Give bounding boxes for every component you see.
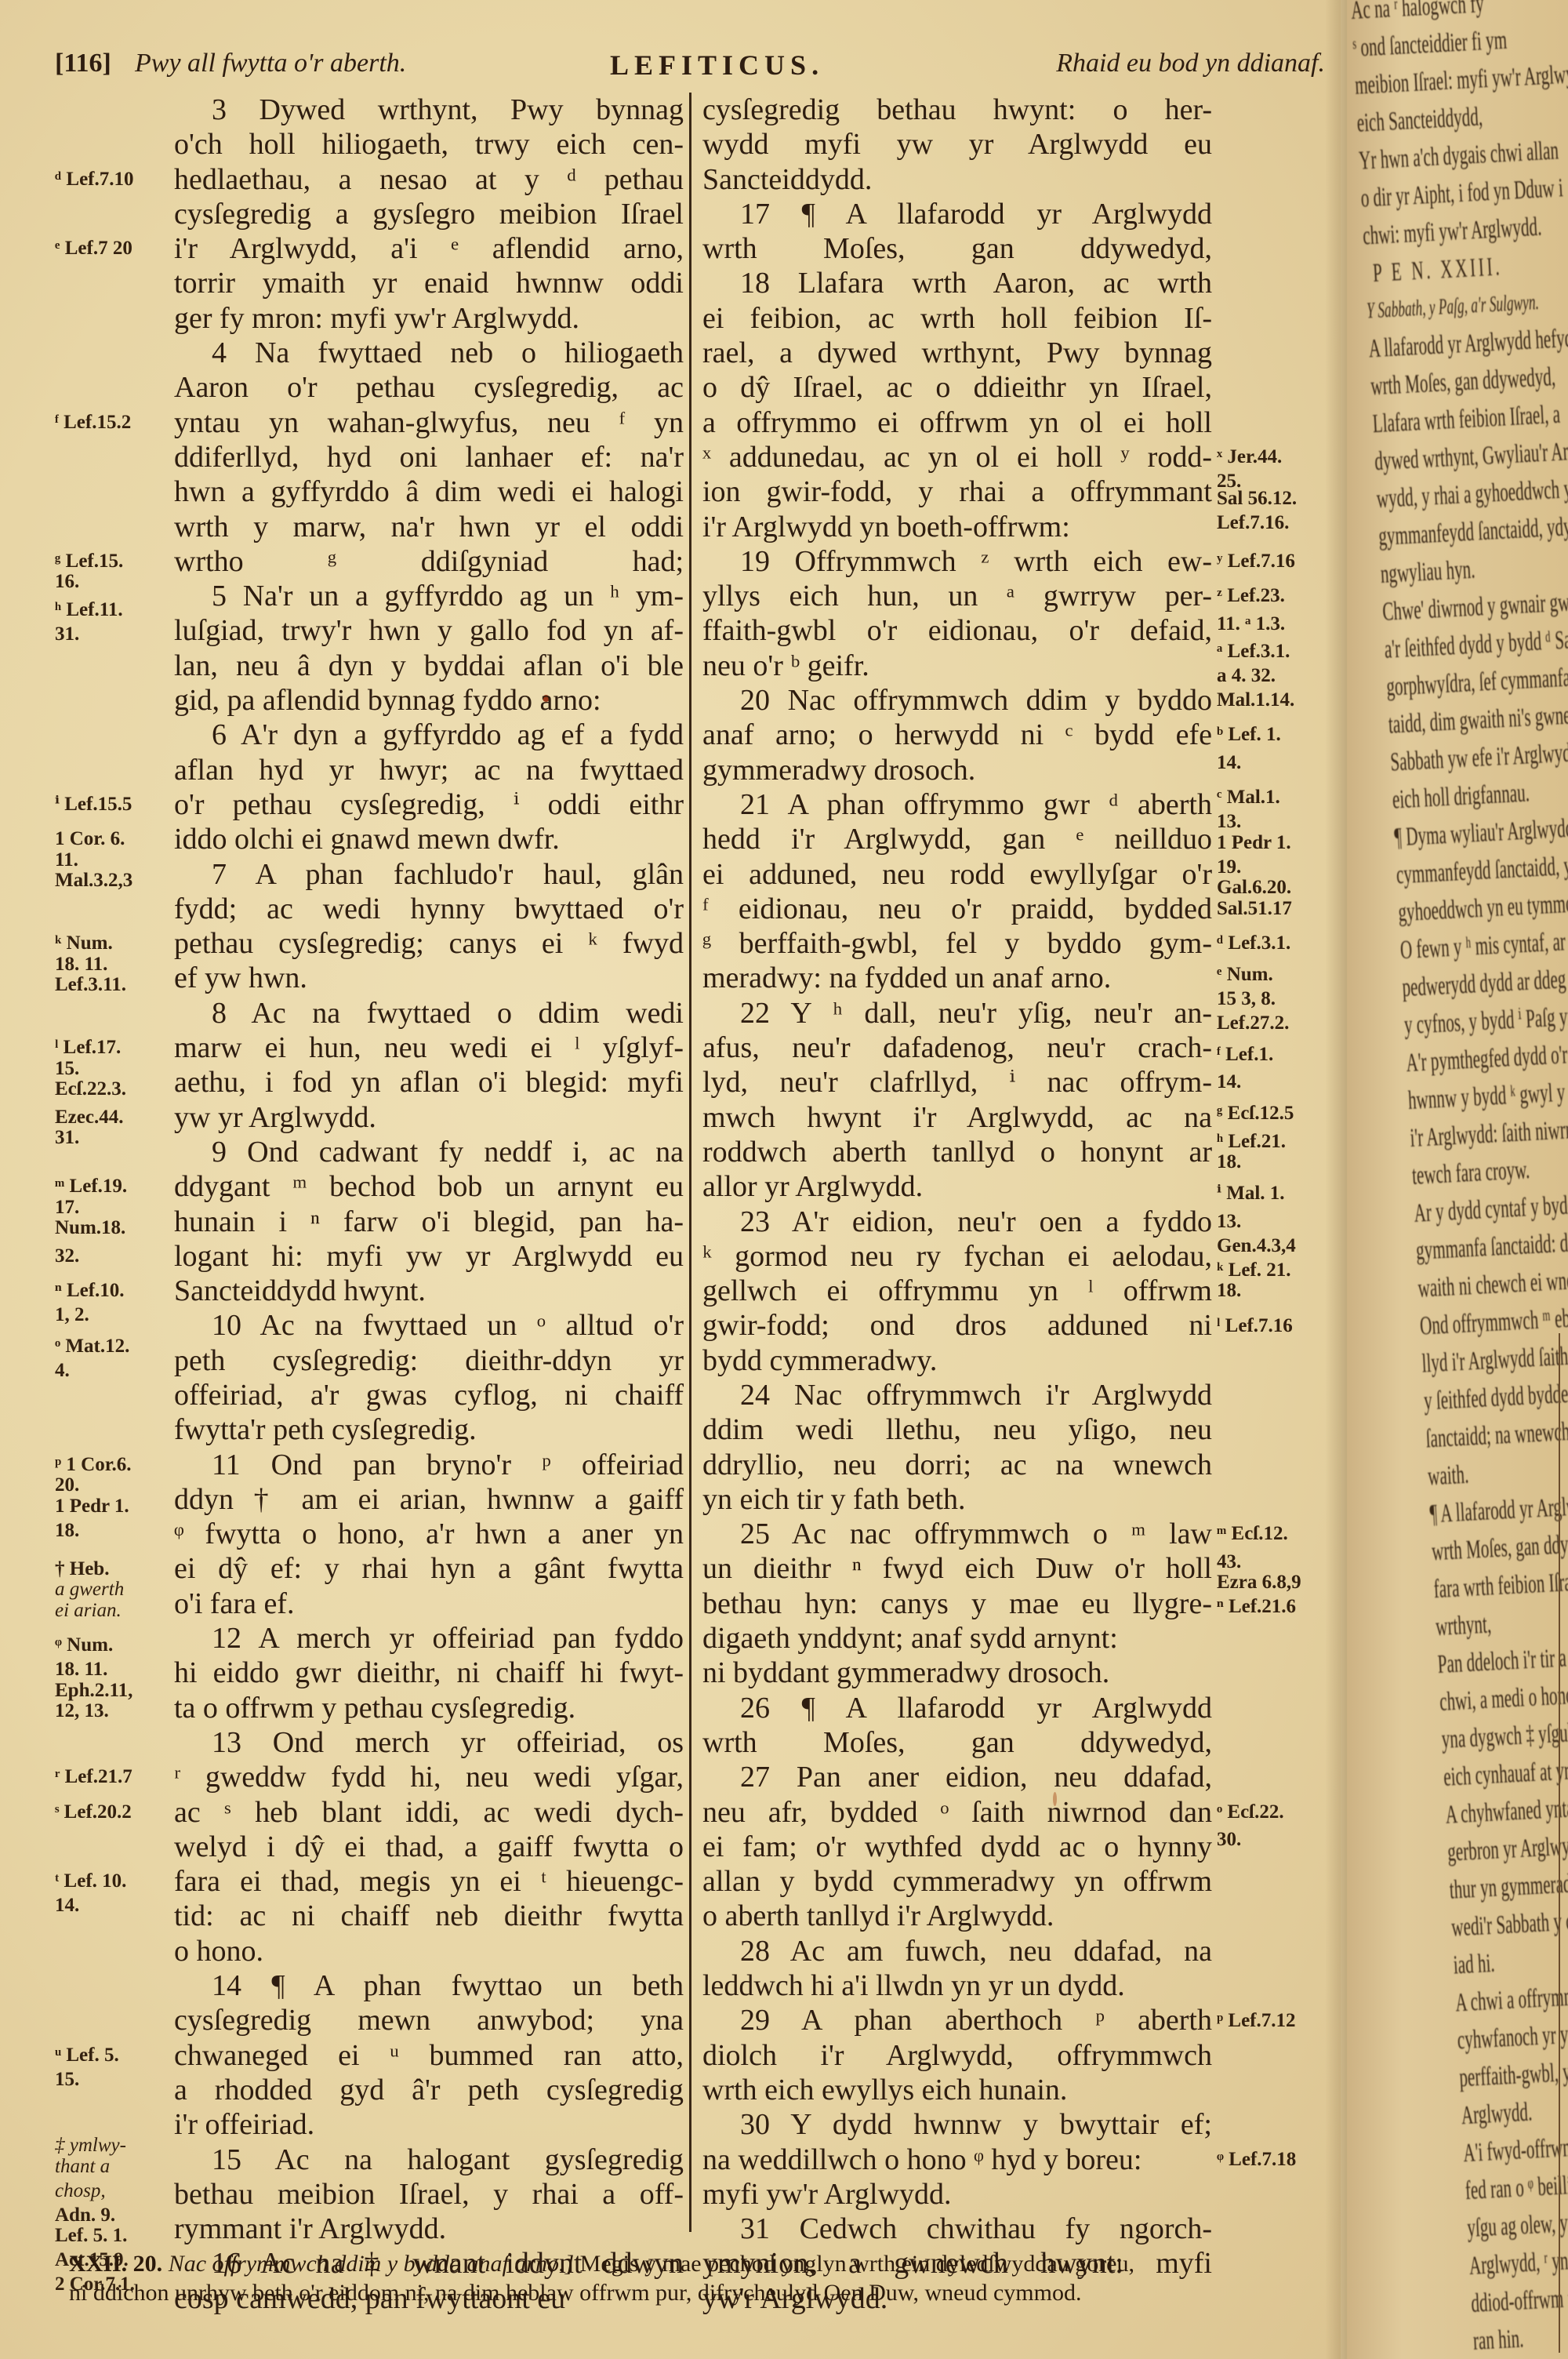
footnote-line-1: XXII. 20. Nac offrymmwch ddim y byddo an… <box>69 2249 1323 2278</box>
text-line: afus, neu'r dafadenog, neu'r crach- <box>702 1030 1212 1065</box>
text-line: aethu, i fod yn aflan o'i blegid: myfi <box>174 1065 684 1100</box>
text-line: 29 A phan aberthoch ᵖ aberth <box>702 2003 1212 2037</box>
facing-text-line: ran hin. <box>1472 2315 1568 2359</box>
text-line: ei dŷ ef: y rhai hyn a gânt fwytta <box>174 1551 684 1586</box>
text-line: 3 Dywed wrthynt, Pwy bynnag <box>174 93 684 127</box>
facing-text-line: thur yn gymmeradwy: trannoeth <box>1449 1864 1568 1910</box>
text-line: wrth y marw, na'r hwn yr el oddi <box>174 510 684 544</box>
margin-reference: ʳ Lef.21.7 <box>55 1760 132 1794</box>
text-line: Sancteiddydd hwynt. <box>174 1274 684 1308</box>
text-line: 30 Y dydd hwnnw y bwyttair ef; <box>702 2107 1212 2142</box>
text-line: 25 Ac nac offrymmwch o ᵐ law <box>702 1517 1212 1551</box>
text-line: ion gwir-fodd, y rhai a offrymmant <box>702 474 1212 509</box>
text-line: neu o'r ᵇ geifr. <box>702 649 1212 683</box>
text-line: hunain i ⁿ farw o'i blegid, pan ha- <box>174 1205 684 1239</box>
text-line: o'r pethau cysſegredig, ⁱ oddi eithr <box>174 787 684 822</box>
facing-text-line: fara wrth feibion Iſrael, a dywed <box>1433 1564 1568 1609</box>
margin-reference: Lef.27.2. <box>1217 1006 1289 1041</box>
text-line: allan y bydd cymmeradwy yn offrwm <box>702 1864 1212 1899</box>
footnote-line-2: ni ddichon unrhyw beth o'r eiddom ni, na… <box>69 2278 1323 2307</box>
text-line: wrth Moſes, gan ddywedyd, <box>702 231 1212 266</box>
text-line: ddygant ᵐ bechod bob un arnynt eu <box>174 1169 684 1204</box>
left-caption: Pwy all fwytta o'r aberth. <box>135 49 406 78</box>
text-line: 20 Nac offrymmwch ddim y byddo <box>702 683 1212 718</box>
text-line: 18 Llafara wrth Aaron, ac wrth <box>702 266 1212 300</box>
text-line: welyd i dŷ ei thad, a gaiff fwytta o <box>174 1830 684 1864</box>
text-line: ei adduned, neu rodd ewyllyſgar o'r <box>702 857 1212 892</box>
facing-text-line: cyhwfanoch yr yſgub ᵖ oen blwydd, <box>1457 2015 1568 2060</box>
text-line: mwch hwynt i'r Arglwydd, ac na <box>702 1100 1212 1135</box>
footnote-quote: Nac offrymmwch ddim y byddo anaf arno.] <box>169 2251 574 2277</box>
text-line: 21 A phan offrymmo gwr ᵈ aberth <box>702 787 1212 822</box>
text-line: myfi yw'r Arglwydd. <box>702 2177 1212 2212</box>
page-number: [116] <box>55 49 111 78</box>
text-line: rael, a dywed wrthynt, Pwy bynnag <box>702 336 1212 370</box>
text-line: 5 Na'r un a gyffyrddo ag un ʰ ym- <box>174 579 684 613</box>
facing-text-line: gymmanfeydd ſanctaidd, ydyw fy <box>1377 511 1525 556</box>
text-line: iddo olchi ei gnawd mewn dwfr. <box>174 822 684 856</box>
facing-text-line: wrthynt, <box>1435 1601 1568 1646</box>
text-line: luſgiad, trwy'r hwn y gallo fod yn af- <box>174 613 684 648</box>
facing-text-line: yſgu ag olew, yn aberth tanllyd i'r <box>1466 2202 1568 2248</box>
text-line: 15 Ac na halogant gysſegredig <box>174 2143 684 2177</box>
margin-reference: 14. <box>1217 746 1241 780</box>
text-line: aflan hyd yr hwyr; ac na fwyttaed <box>174 753 684 787</box>
facing-page-text: Ac na ʳ halogwch fyˢ ond ſancteiddier fi… <box>1350 0 1568 2359</box>
margin-reference: 12, 13. <box>55 1694 109 1728</box>
text-line: o dŷ Iſrael, ac o ddieithr yn Iſrael, <box>702 370 1212 405</box>
text-line: 31 Cedwch chwithau fy ngorch- <box>702 2212 1212 2246</box>
text-line: ger fy mron: myfi yw'r Arglwydd. <box>174 301 684 336</box>
text-line: anaf arno; o herwydd ni ᶜ bydd efe <box>702 718 1212 752</box>
text-line: yn eich tir y fath beth. <box>702 1482 1212 1517</box>
margin-reference: ˢ Lef.20.2 <box>55 1795 132 1830</box>
facing-text-line: Pan ddeloch i'r tir a roddaf i <box>1437 1638 1568 1684</box>
margin-reference: 31. <box>55 1121 79 1155</box>
margin-reference: Lef.3.11. <box>55 968 126 1002</box>
column-divider <box>689 93 691 2232</box>
text-line: 7 A phan fachludo'r haul, glân <box>174 857 684 892</box>
margin-reference: ᵈ Lef.3.1. <box>1217 926 1290 961</box>
text-line: pethau cysſegredig; canys ei ᵏ fwyd <box>174 926 684 961</box>
margin-reference: 14. <box>55 1888 79 1923</box>
text-line: a rhodded gyd â'r peth cysſegredig <box>174 2073 684 2107</box>
facing-text-line: Arglwydd, ʳ yn arogl peraidd: a'i <box>1468 2240 1568 2285</box>
margin-reference: 4. <box>55 1354 70 1388</box>
text-line: yntau yn wahan-glwyfus, neu ᶠ yn <box>174 405 684 440</box>
text-line: yllys eich hun, un ᵃ gwrryw per- <box>702 579 1212 613</box>
right-text-column: cysſegredig bethau hwynt: o her-wydd myf… <box>702 93 1212 2316</box>
footnote: XXII. 20. Nac offrymmwch ddim y byddo an… <box>69 2249 1323 2307</box>
facing-text-line: gerbron yr Arglwydd, i'ch gwneu- <box>1446 1826 1568 1872</box>
facing-text-line: A chyhwfaned yntau yr yſgub <box>1445 1789 1568 1834</box>
text-line: fara ei thad, megis yn ei ᵗ hieuengc- <box>174 1864 684 1899</box>
text-line: logant hi: myfi yw yr Arglwydd eu <box>174 1239 684 1274</box>
text-line: gymmeradwy drosoch. <box>702 753 1212 787</box>
text-line: 17 ¶ A llafarodd yr Arglwydd <box>702 197 1212 231</box>
text-line: o hono. <box>174 1934 684 1968</box>
text-line: chwaneged ei ᵘ bummed ran atto, <box>174 2038 684 2073</box>
text-line: 22 Y ʰ dall, neu'r yſig, neu'r an- <box>702 996 1212 1030</box>
text-line: bethau meibion Iſrael, y rhai a off- <box>174 2177 684 2212</box>
text-line: 10 Ac na fwyttaed un ᵒ alltud o'r <box>174 1308 684 1343</box>
text-line: 4 Na fwyttaed neb o hiliogaeth <box>174 336 684 370</box>
text-line: diolch i'r Arglwydd, offrymmwch <box>702 2038 1212 2073</box>
text-line: ddryllio, neu dorri; ac na wnewch <box>702 1448 1212 1482</box>
margin-reference: ʸ Lef.7.16 <box>1217 544 1295 579</box>
margin-reference: 30. <box>1217 1823 1241 1857</box>
text-line: gellwch ei offrymmu yn ˡ offrwm <box>702 1274 1212 1308</box>
text-line: ef yw hwn. <box>174 961 684 995</box>
text-line: ᶠ eidionau, neu o'r praidd, bydded <box>702 892 1212 926</box>
text-line: bydd cymmeradwy. <box>702 1343 1212 1378</box>
text-line: cysſegredig a gysſegro meibion Iſrael <box>174 197 684 231</box>
running-head: [116] Pwy all fwytta o'r aberth. LEFITIC… <box>55 49 1325 88</box>
text-line: 8 Ac na fwyttaed o ddim wedi <box>174 996 684 1030</box>
text-line: 28 Ac am fuwch, neu ddafad, na <box>702 1934 1212 1968</box>
facing-text-line: iad hi. <box>1453 1939 1568 1985</box>
text-line: lyd, neu'r clafrllyd, ⁱ nac offrym- <box>702 1065 1212 1100</box>
text-line: ddyn † am ei arian, hwnnw a gaiff <box>174 1482 684 1517</box>
margin-reference: ei arian. <box>55 1594 122 1628</box>
text-line: fydd; ac wedi hynny bwyttaed o'r <box>174 892 684 926</box>
text-line: ddim wedi llethu, neu yſigo, neu <box>702 1412 1212 1447</box>
facing-text-line: fed ran o ᵠ beilliaid wedi ei gym- <box>1465 2165 1568 2210</box>
text-line: wrth Moſes, gan ddywedyd, <box>702 1725 1212 1760</box>
text-line: 26 ¶ A llafarodd yr Arglwydd <box>702 1691 1212 1725</box>
margin-reference: 18. <box>1217 1145 1241 1179</box>
text-line: lan, neu â dyn y byddai aflan o'i ble <box>174 649 684 683</box>
margin-reference: 15. <box>55 2063 79 2097</box>
margin-reference: 1, 2. <box>55 1298 89 1332</box>
text-line: 11 Ond pan bryno'r ᵖ offeiriad <box>174 1448 684 1482</box>
text-line: wrtho ᵍ ddiſgyniad had; <box>174 544 684 579</box>
facing-text-line: ddiod-offrwm fydd o win, pedwaredd <box>1470 2277 1568 2323</box>
footnote-reference: XXII. 20. <box>69 2251 162 2277</box>
margin-reference: ᵠ Lef.7.18 <box>1217 2143 1296 2177</box>
margin-reference: ⁿ Lef.21.6 <box>1217 1590 1296 1624</box>
text-line: 14 ¶ A phan fwyttao un beth <box>174 1968 684 2003</box>
text-line: cysſegredig bethau hwynt: o her- <box>702 93 1212 127</box>
text-line: o aberth tanllyd i'r Arglwydd. <box>702 1899 1212 1933</box>
text-line: rymmant i'r Arglwydd. <box>174 2212 684 2246</box>
text-line: hi eiddo gwr dieithr, ni chaiff hi fwyt- <box>174 1656 684 1690</box>
text-line: torrir ymaith yr enaid hwnnw oddi <box>174 266 684 300</box>
margin-reference: Sal.51.17 <box>1217 892 1292 926</box>
text-line: i'r offeiriad. <box>174 2107 684 2142</box>
text-line: wydd myfi yw yr Arglwydd eu <box>702 127 1212 162</box>
margin-reference: Mal.3.2,3 <box>55 863 132 898</box>
margin-reference: 31. <box>55 617 79 652</box>
text-line: ʳ gweddw fydd hi, neu wedi yſgar, <box>174 1760 684 1794</box>
facing-text-line: Arglwydd. <box>1461 2090 1568 2135</box>
facing-text-line: ſanctaidd; na wnewch ddim caeth- <box>1425 1413 1568 1459</box>
margin-reference: ᶠ Lef.15.2 <box>55 405 131 440</box>
facing-text-line: A chwi a offrymmwch ar y dydd y <box>1454 1977 1568 2023</box>
margin-reference: ᵈ Lef.7.10 <box>55 162 134 197</box>
margin-reference: 32. <box>55 1239 79 1274</box>
text-line: offeiriad, a'r gwas cyflog, ni chaiff <box>174 1378 684 1412</box>
text-line: a offrymmo ei offrwm yn ol ei holl <box>702 405 1212 440</box>
margin-reference: 18. <box>55 1514 79 1548</box>
text-line: digaeth ynddynt; anaf sydd arnynt: <box>702 1621 1212 1656</box>
margin-reference: ᵖ Lef.7.12 <box>1217 2004 1296 2038</box>
text-line: ˣ addunedau, ac yn ol ei holl ʸ rodd- <box>702 440 1212 474</box>
facing-text-line: yna dygwch ‡ yſgub ᵒ blaen-ffrwyth <box>1441 1714 1568 1759</box>
text-line: hwn a gyffyrddo â dim wedi ei halogi <box>174 474 684 509</box>
text-line: bethau hyn: canys y mae eu llygre- <box>702 1587 1212 1621</box>
text-line: 9 Ond cadwant fy neddf i, ac na <box>174 1135 684 1169</box>
text-line: i'r Arglwydd yn boeth-offrwm: <box>702 510 1212 544</box>
margin-reference: Lef.7.16. <box>1217 506 1289 540</box>
text-line: ac ˢ heb blant iddi, ac wedi dych- <box>174 1795 684 1830</box>
text-line: Aaron o'r pethau cysſegredig, ac <box>174 370 684 405</box>
left-text-column: 3 Dywed wrthynt, Pwy bynnago'ch holl hil… <box>174 93 684 2316</box>
text-line: un dieithr ⁿ fwyd eich Duw o'r holl <box>702 1551 1212 1586</box>
text-line: gid, pa aflendid bynnag fyddo arno: <box>174 683 684 718</box>
book-title: LEFITICUS. <box>610 49 824 82</box>
text-line: neu afr, bydded ᵒ ſaith niwrnod dan <box>702 1795 1212 1830</box>
facing-text-line: i'r Arglwydd: ſaith niwrnod y bwyt- <box>1409 1112 1556 1158</box>
text-line: tid: ac ni chaiff neb dieithr fwytta <box>174 1899 684 1933</box>
margin-reference: ᵉ Lef.7 20 <box>55 231 132 266</box>
text-line: ei fam; o'r wythfed dydd ac o hynny <box>702 1830 1212 1864</box>
text-line: 6 A'r dyn a gyffyrddo ag ef a fydd <box>174 718 684 752</box>
right-caption: Rhaid eu bod yn ddianaf. <box>1056 49 1325 78</box>
text-line: gwir-fodd; ond dros adduned ni <box>702 1308 1212 1343</box>
text-line: leddwch hi a'i llwdn yn yr un dydd. <box>702 1968 1212 2003</box>
text-line: wrth eich ewyllys eich hunain. <box>702 2073 1212 2107</box>
facing-text-line: perffaith-gwbl, yn boeth-offrwm i'r <box>1458 2052 1568 2098</box>
text-line: i'r Arglwydd, a'i ᵉ aflendid arno, <box>174 231 684 266</box>
margin-reference: ˡ Lef.7.16 <box>1217 1309 1293 1343</box>
facing-text-line: A'i fwyd-offrwm o ddwy ddeg- <box>1462 2128 1568 2173</box>
margin-reference: Mal.1.14. <box>1217 683 1294 718</box>
text-line: 27 Pan aner eidion, neu ddafad, <box>702 1760 1212 1794</box>
text-line: ddiferllyd, hyd oni lanhaer ef: na'r <box>174 440 684 474</box>
text-line: roddwch aberth tanllyd o honynt ar <box>702 1135 1212 1169</box>
text-line: o'i fara ef. <box>174 1587 684 1621</box>
text-line: 12 A merch yr offeiriad pan fyddo <box>174 1621 684 1656</box>
text-line: 23 A'r eidion, neu'r oen a fyddo <box>702 1205 1212 1239</box>
text-line: yw yr Arglwydd. <box>174 1100 684 1135</box>
text-line: ᵠ fwytta o hono, a'r hwn a aner yn <box>174 1517 684 1551</box>
text-line: 19 Offrymmwch ᶻ wrth eich ew- <box>702 544 1212 579</box>
book-page: [116] Pwy all fwytta o'r aberth. LEFITIC… <box>0 0 1341 2359</box>
text-line: hedlaethau, a nesao at y ᵈ pethau <box>174 162 684 197</box>
text-line: marw ei hun, neu wedi ei ˡ yſglyf- <box>174 1030 684 1065</box>
text-line: o'ch holl hiliogaeth, trwy eich cen- <box>174 127 684 162</box>
text-line: na weddillwch o hono ᵠ hyd y boreu: <box>702 2143 1212 2177</box>
text-line: ni byddant gymmeradwy drosoch. <box>702 1656 1212 1690</box>
text-line: allor yr Arglwydd. <box>702 1169 1212 1204</box>
text-line: ffaith-gwbl o'r eidionau, o'r defaid, <box>702 613 1212 648</box>
facing-text-line: chwi, a medi o honoch ei gynhauaf, <box>1439 1676 1568 1721</box>
facing-text-line: eich cynhauaf at yr offeiriad. <box>1443 1751 1568 1797</box>
text-line: meradwy: na fydded un anaf arno. <box>702 961 1212 995</box>
margin-reference: 18. <box>1217 1274 1241 1308</box>
text-line: Sancteiddydd. <box>702 162 1212 197</box>
text-line: peth cysſegredig: dieithr-ddyn yr <box>174 1343 684 1378</box>
text-line: ei feibion, ac wrth holl feibion Iſ- <box>702 301 1212 336</box>
margin-reference: ⁱ Lef.15.5 <box>55 787 132 822</box>
text-line: 13 Ond merch yr offeiriad, os <box>174 1725 684 1760</box>
footnote-text: Megis y mae pechod ynglyn wrth ein dyled… <box>580 2251 1134 2277</box>
text-line: 24 Nac offrymmwch i'r Arglwydd <box>702 1378 1212 1412</box>
facing-page: Ac na ʳ halogwch fyˢ ond ſancteiddier fi… <box>1347 0 1568 2359</box>
text-line: ta o offrwm y pethau cysſegredig. <box>174 1691 684 1725</box>
text-line: hedd i'r Arglwydd, gan ᵉ neillduo <box>702 822 1212 856</box>
text-line: fwytta'r peth cysſegredig. <box>174 1412 684 1447</box>
text-line: ᵏ gormod neu ry fychan ei aelodau, <box>702 1239 1212 1274</box>
facing-text-line: wedi'r Sabbath y cyhwfana'r offeir- <box>1450 1902 1568 1947</box>
facing-column-divider <box>1559 1333 1560 2353</box>
text-line: ᵍ berffaith-gwbl, fel y byddo gym- <box>702 926 1212 961</box>
text-line: cysſegredig mewn anwybod; yna <box>174 2003 684 2037</box>
margin-reference: 14. <box>1217 1065 1241 1100</box>
